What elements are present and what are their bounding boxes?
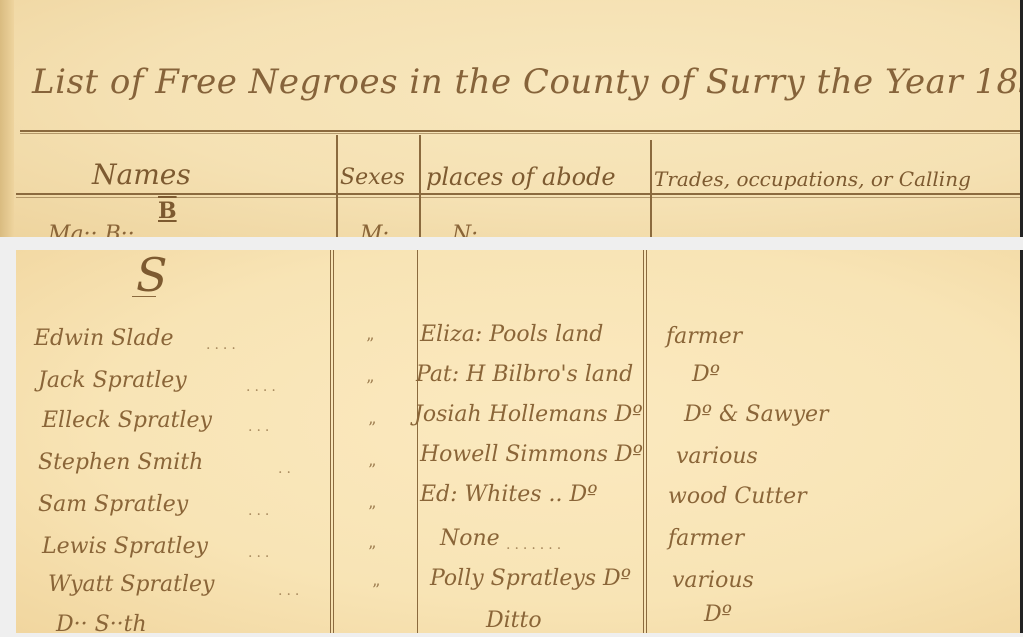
section-letter-b: B [158, 198, 177, 224]
row-abode: Howell Simmons Dº [420, 442, 643, 467]
torn-edge [0, 0, 14, 237]
row-abode: Polly Spratleys Dº [430, 566, 631, 591]
column-header-names: Names [92, 158, 191, 191]
row-name: Wyatt Spratley [48, 572, 214, 597]
row-name: Sam Spratley [38, 492, 188, 517]
header-rule [16, 193, 1020, 195]
document-header-panel: List of Free Negroes in the County of Su… [0, 0, 1023, 237]
column-header-sexes: Sexes [340, 165, 405, 190]
row-occupation: various [672, 568, 754, 593]
section-letter-flourish [132, 296, 156, 297]
column-header-trades: Trades, occupations, or Calling [654, 167, 971, 191]
document-title: List of Free Negroes in the County of Su… [32, 62, 1023, 102]
leader-dots: ... [248, 419, 273, 435]
row-occupation: wood Cutter [668, 484, 807, 509]
leader-dots: ... [248, 545, 273, 561]
column-divider-3b [646, 250, 647, 633]
row-abode: Ditto [486, 608, 542, 633]
row-sex: ” [368, 460, 376, 479]
row-occupation: Dº [692, 362, 720, 387]
row-occupation: farmer [666, 324, 742, 349]
row-abode: None [440, 526, 500, 551]
row-occupation: farmer [668, 526, 744, 551]
leader-dots: .... [206, 337, 240, 353]
leader-dots: ... [248, 503, 273, 519]
row-name: D·· S··th [56, 612, 147, 633]
row-abode: Pat: H Bilbro's land [416, 362, 633, 387]
document-body-panel: S Edwin Slade .... ” Eliza: Pools land f… [16, 250, 1023, 633]
leader-dots: .. [278, 461, 295, 477]
row-occupation: Dº [704, 602, 732, 627]
leader-dots: ... [278, 583, 303, 599]
column-divider-3a [643, 250, 644, 633]
column-divider-1 [336, 135, 338, 237]
row-name: Jack Spratley [38, 368, 187, 393]
row-sex: ” [366, 334, 374, 353]
section-letter-s: S [136, 250, 168, 302]
row-sex: ” [372, 580, 380, 599]
title-rule-2 [20, 133, 1020, 134]
partial-row-abode: N· [452, 222, 478, 237]
row-name: Lewis Spratley [42, 534, 208, 559]
row-abode: Josiah Hollemans Dº [414, 402, 643, 427]
row-sex: ” [368, 502, 376, 521]
row-sex: ” [366, 376, 374, 395]
column-header-places-of-abode: places of abode [426, 163, 616, 191]
row-sex: ” [368, 542, 376, 561]
row-name: Edwin Slade [34, 326, 174, 351]
row-sex: ” [368, 418, 376, 437]
column-divider-2 [417, 250, 418, 633]
row-name: Elleck Spratley [42, 408, 212, 433]
title-rule [20, 130, 1020, 132]
column-divider-1a [330, 250, 331, 633]
column-divider-2 [419, 135, 421, 237]
column-divider-1b [333, 250, 334, 633]
leader-dots: ....... [506, 537, 565, 553]
row-occupation: various [676, 444, 758, 469]
partial-row-name: Ma·· B·· [48, 222, 135, 237]
partial-row-sex: M· [360, 222, 390, 237]
leader-dots: .... [246, 379, 280, 395]
row-abode: Ed: Whites .. Dº [420, 482, 597, 507]
row-name: Stephen Smith [38, 450, 203, 475]
row-abode: Eliza: Pools land [420, 322, 603, 347]
column-divider-3 [650, 140, 652, 237]
row-occupation: Dº & Sawyer [684, 402, 829, 427]
